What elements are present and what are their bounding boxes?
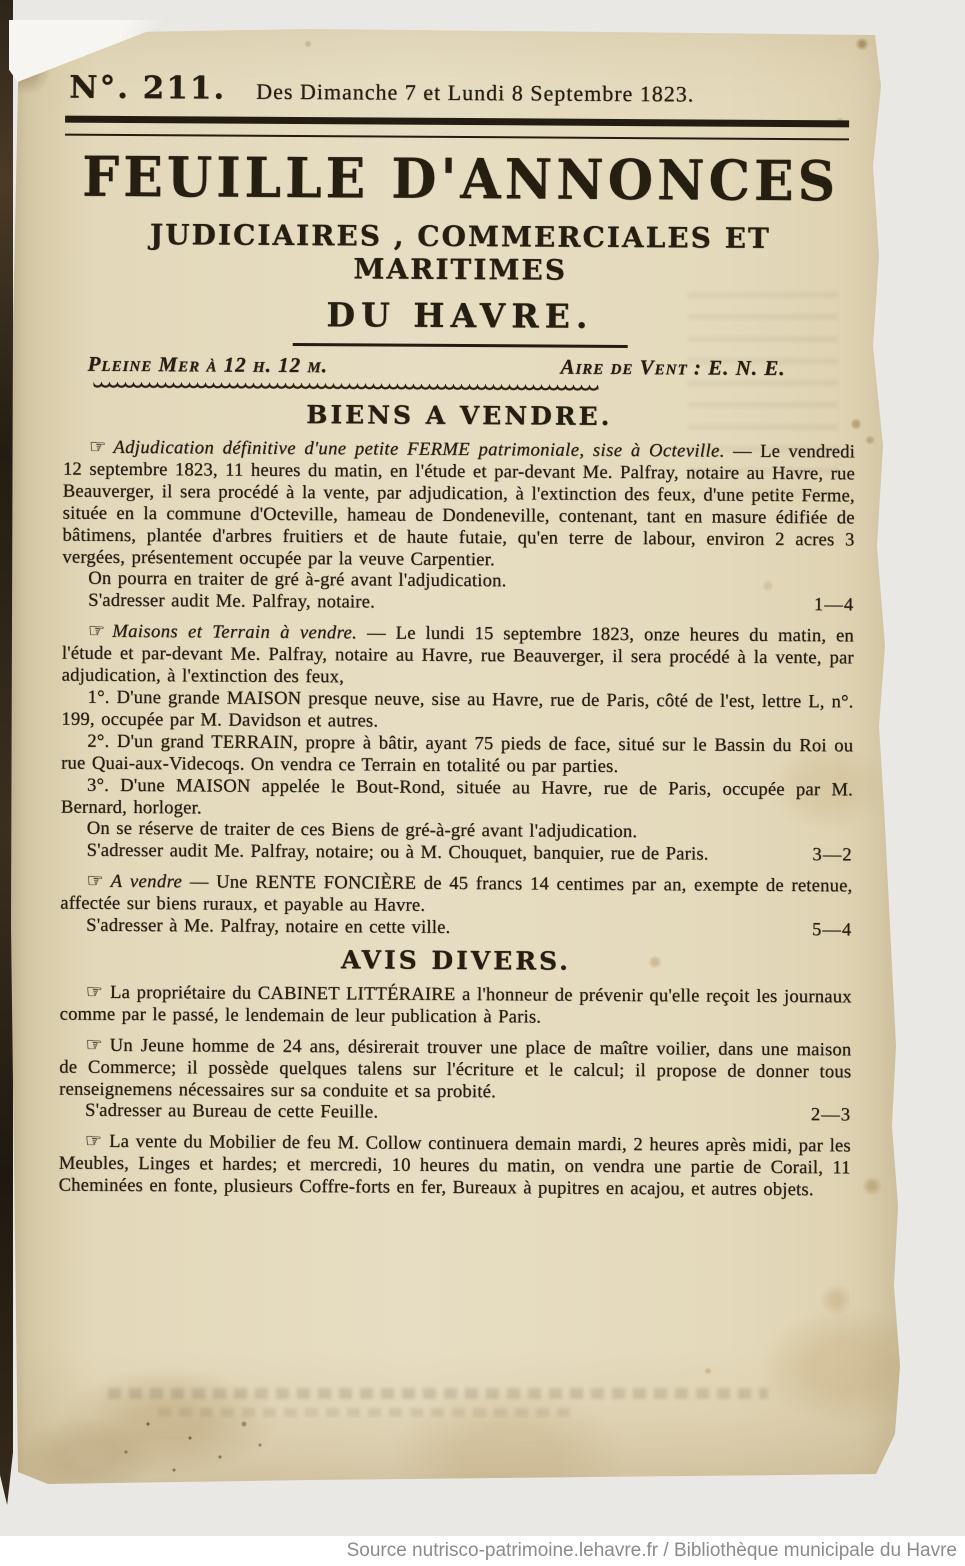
issue-date: Des Dimanche 7 et Lundi 8 Septembre 1823… xyxy=(256,79,694,108)
paragraph: 2°. D'un grand TERRAIN, propre à bâtir, … xyxy=(61,730,853,779)
paragraph: 5—4S'adresser à Me. Palfray, notaire en … xyxy=(60,915,852,942)
italic-lead: Adjudication définitive d'une petite FER… xyxy=(113,437,725,462)
thin-rule-divider xyxy=(292,343,627,348)
paragraph: 1—4S'adresser audit Me. Palfray, notaire… xyxy=(62,590,854,617)
masthead-city: DU HAVRE. xyxy=(64,294,856,338)
repeat-reference: 2—3 xyxy=(785,1104,851,1126)
section-heading: BIENS A VENDRE. xyxy=(63,399,855,433)
manicule-icon: ☞ xyxy=(86,981,110,1003)
tide-info: Pleine Mer à 12 h. 12 m. xyxy=(88,352,329,378)
source-attribution-bar: Source nutrisco-patrimoine.lehavre.fr / … xyxy=(0,1536,965,1566)
double-rule-divider xyxy=(65,116,849,141)
issue-number: N°. 211. xyxy=(69,70,226,107)
repeat-reference: 1—4 xyxy=(788,594,854,616)
paragraph: 3°. D'une MAISON appelée le Bout-Rond, s… xyxy=(61,774,853,823)
repeat-reference: 3—2 xyxy=(786,844,852,866)
verso-showthrough xyxy=(108,1388,768,1399)
paragraph: ☞La propriétaire du CABINET LITTÉRAIRE a… xyxy=(60,982,852,1031)
section-heading: AVIS DIVERS. xyxy=(60,944,852,978)
manicule-icon: ☞ xyxy=(88,620,112,642)
paragraph: ☞A vendre — Une RENTE FONCIÈRE de 45 fra… xyxy=(60,871,852,920)
italic-lead: A vendre xyxy=(111,871,183,892)
masthead-title: FEUILLE D'ANNONCES xyxy=(65,150,857,210)
masthead-subtitle: JUDICIAIRES , COMMERCIALES ET MARITIMES xyxy=(64,218,856,289)
tide-wind-line: Pleine Mer à 12 h. 12 m. Aire de Vent : … xyxy=(64,352,856,382)
italic-lead: Maisons et Terrain à vendre. xyxy=(112,621,357,643)
paragraph: 1°. D'une grande MAISON presque neuve, s… xyxy=(61,687,853,736)
paragraph: ☞Maisons et Terrain à vendre. — Le lundi… xyxy=(62,621,854,692)
paragraph: 3—2S'adresser audit Me. Palfray, notaire… xyxy=(61,840,853,867)
paragraph: ☞La vente du Mobilier de feu M. Collow c… xyxy=(59,1131,851,1202)
source-attribution-text: Source nutrisco-patrimoine.lehavre.fr / … xyxy=(347,1540,957,1562)
printed-content: N°. 211. Des Dimanche 7 et Lundi 8 Septe… xyxy=(59,58,858,1202)
paragraph: ☞Adjudication définitive d'une petite FE… xyxy=(62,437,855,573)
book-binding xyxy=(0,0,13,1505)
wind-info: Aire de Vent : E. N. E. xyxy=(560,355,785,381)
manicule-icon: ☞ xyxy=(85,1130,109,1152)
newspaper-page: N°. 211. Des Dimanche 7 et Lundi 8 Septe… xyxy=(8,26,904,1488)
sections: BIENS A VENDRE.☞Adjudication définitive … xyxy=(59,399,856,1202)
scan-background: N°. 211. Des Dimanche 7 et Lundi 8 Septe… xyxy=(0,0,965,1566)
manicule-icon: ☞ xyxy=(85,1033,109,1055)
verso-showthrough xyxy=(158,1408,578,1417)
issue-row: N°. 211. Des Dimanche 7 et Lundi 8 Septe… xyxy=(69,70,857,111)
manicule-icon: ☞ xyxy=(86,870,110,892)
manicule-icon: ☞ xyxy=(89,436,113,458)
wavy-rule-divider xyxy=(93,382,598,395)
paragraph: ☞Un Jeune homme de 24 ans, désirerait tr… xyxy=(59,1034,851,1105)
repeat-reference: 5—4 xyxy=(786,919,852,941)
paragraph: 2—3S'adresser au Bureau de cette Feuille… xyxy=(59,1100,851,1127)
